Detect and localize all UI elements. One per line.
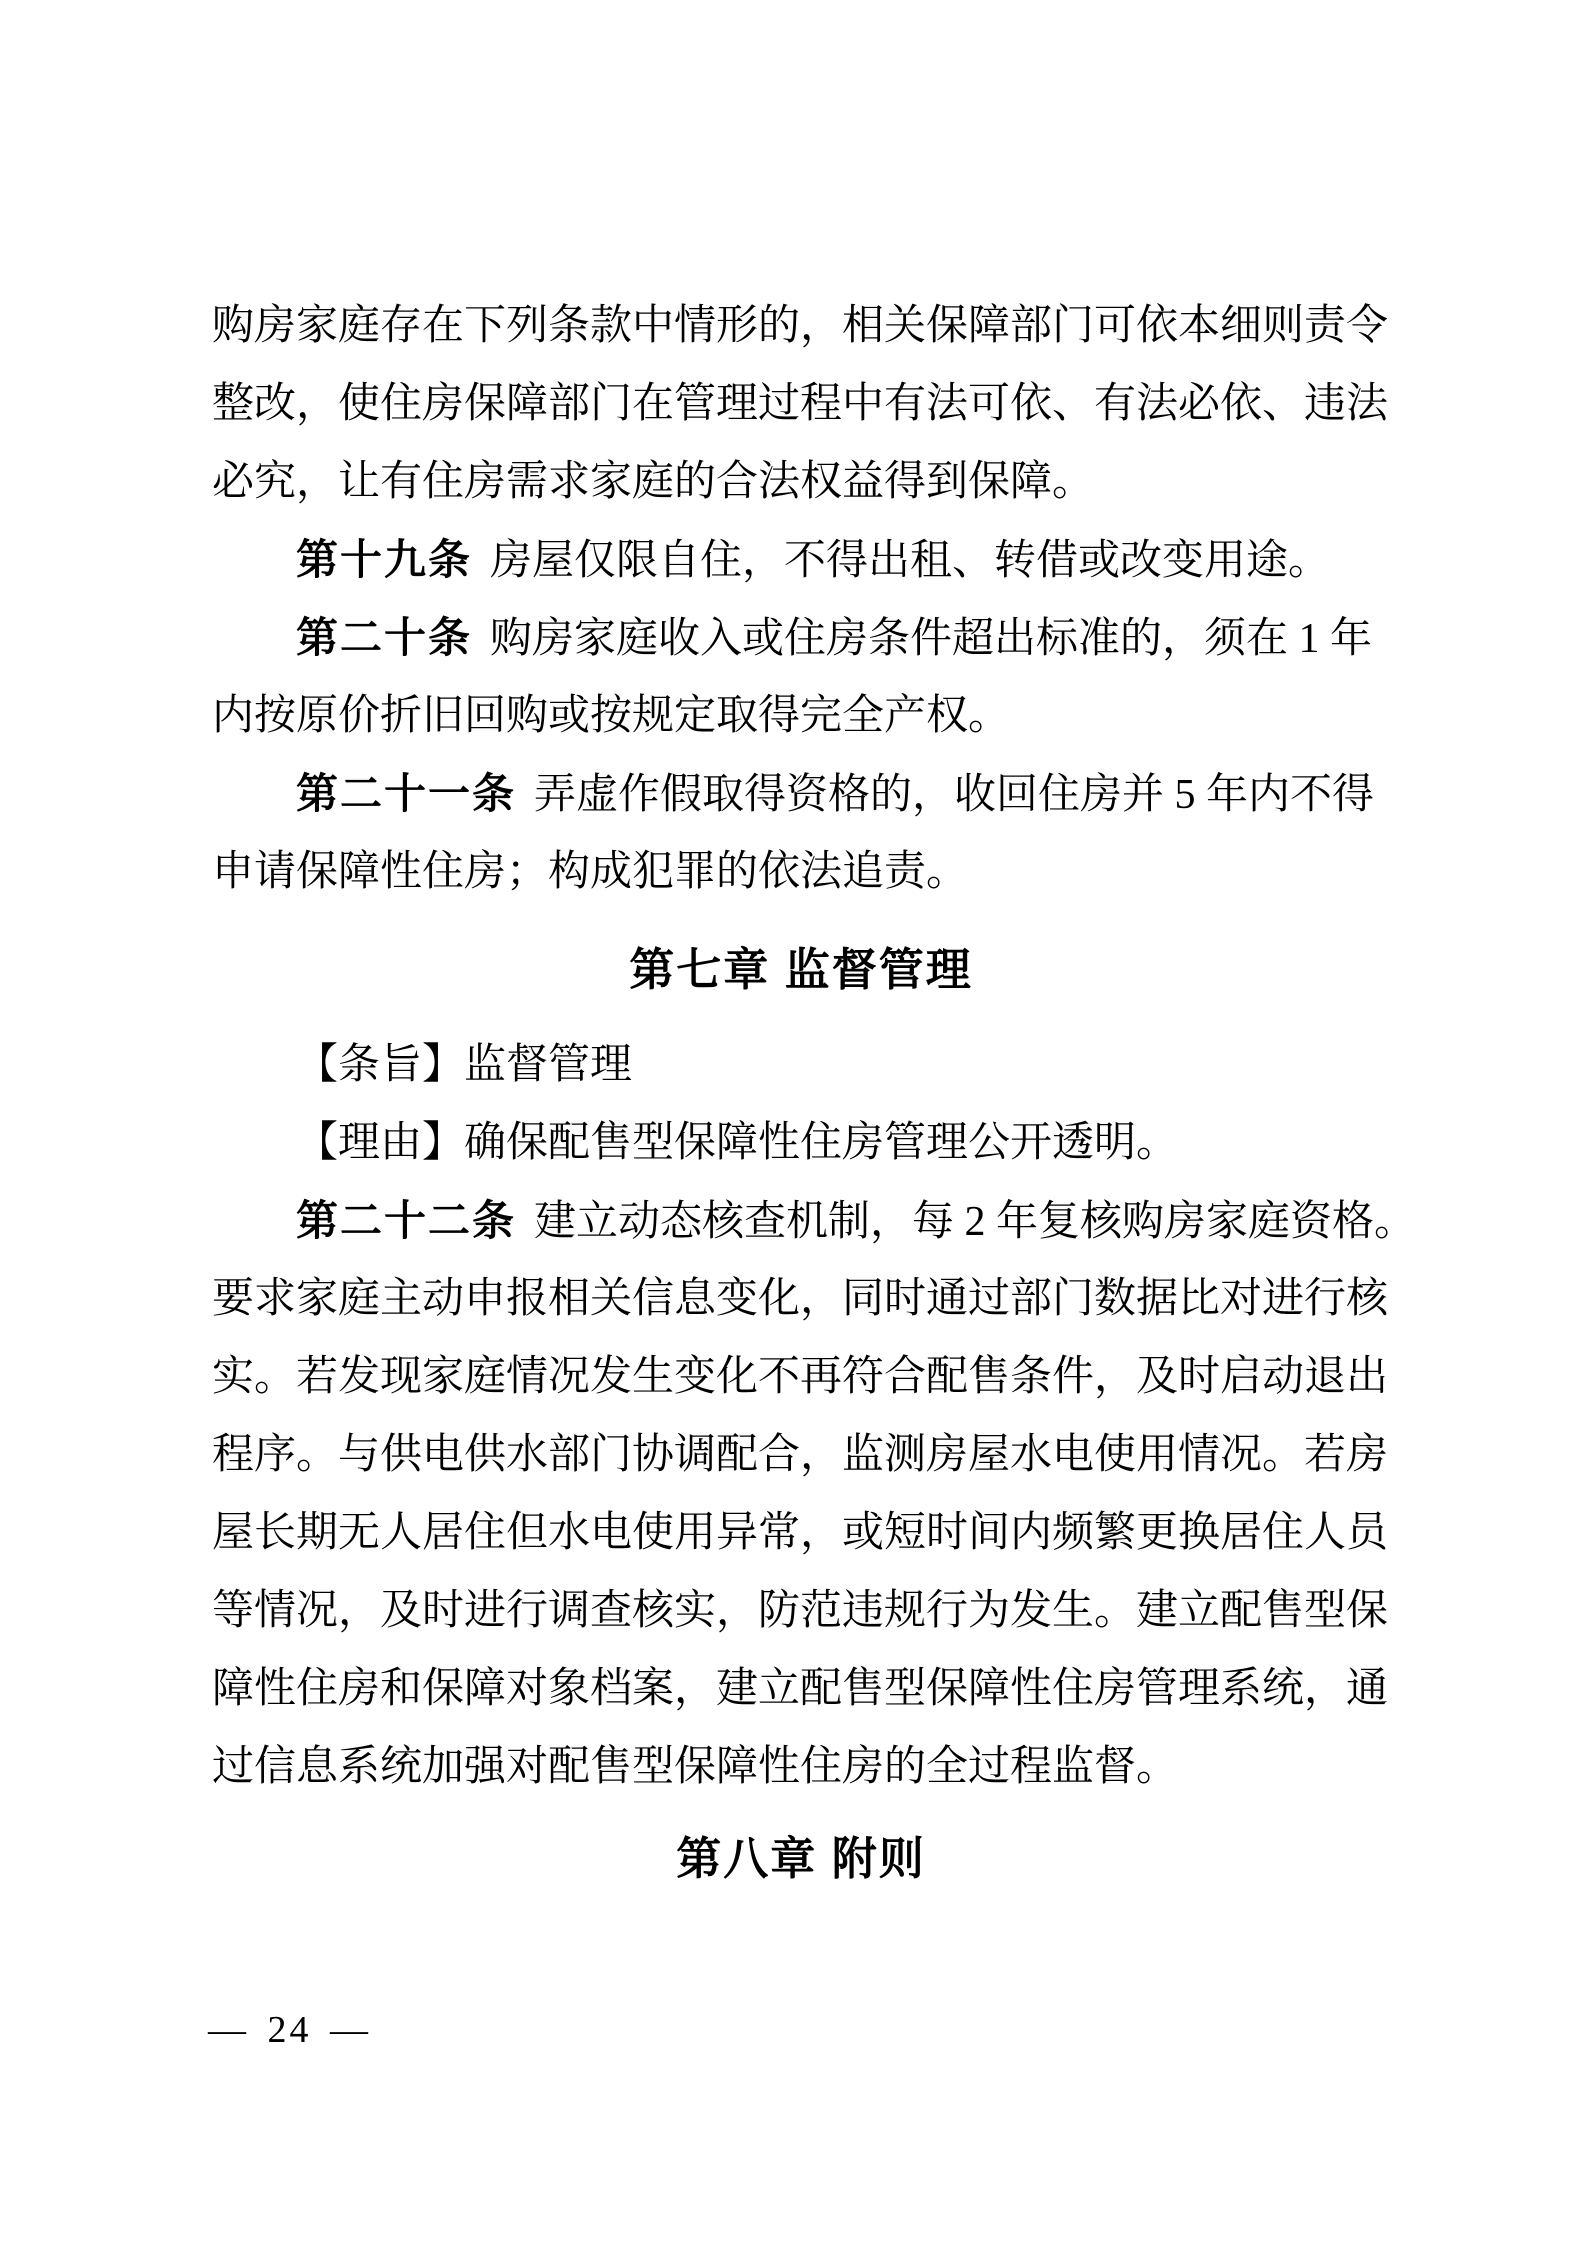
body-line-continuation-1: 购房家庭存在下列条款中情形的，相关保障部门可依本细则责令 <box>212 287 1390 365</box>
document-page: 购房家庭存在下列条款中情形的，相关保障部门可依本细则责令 整改，使住房保障部门在… <box>0 0 1587 2245</box>
document-body: 购房家庭存在下列条款中情形的，相关保障部门可依本细则责令 整改，使住房保障部门在… <box>212 287 1390 1898</box>
article-22-line-2: 要求家庭主动申报相关信息变化，同时通过部门数据比对进行核 <box>212 1260 1390 1338</box>
article-22-line-4: 程序。与供电供水部门协调配合，监测房屋水电使用情况。若房 <box>212 1416 1390 1494</box>
article-21-line-1: 第二十一条弄虚作假取得资格的，收回住房并 5 年内不得 <box>212 755 1390 833</box>
article-20-line-1: 第二十条购房家庭收入或住房条件超出标准的，须在 1 年 <box>212 599 1390 677</box>
article-19-line: 第十九条房屋仅限自住，不得出租、转借或改变用途。 <box>212 521 1390 599</box>
article-21-text-1: 弄虚作假取得资格的，收回住房并 5 年内不得 <box>534 772 1374 818</box>
article-22-line-7: 障性住房和保障对象档案，建立配售型保障性住房管理系统，通 <box>212 1650 1390 1728</box>
article-21-line-2: 申请保障性住房；构成犯罪的依法追责。 <box>212 833 1390 911</box>
article-22-line-8: 过信息系统加强对配售型保障性住房的全过程监督。 <box>212 1728 1390 1806</box>
article-22-line-3: 实。若发现家庭情况发生变化不再符合配售条件，及时启动退出 <box>212 1338 1390 1416</box>
body-line-continuation-2: 整改，使住房保障部门在管理过程中有法可依、有法必依、违法 <box>212 365 1390 443</box>
page-number: — 24 — <box>208 2008 371 2052</box>
chapter-7-heading: 第七章 监督管理 <box>212 931 1390 1009</box>
chapter-8-heading: 第八章 附则 <box>212 1820 1390 1898</box>
clause-gist-line: 【条旨】监督管理 <box>212 1026 1390 1104</box>
article-22-text-1: 建立动态核查机制，每 2 年复核购房家庭资格。 <box>534 1199 1416 1245</box>
article-21-number: 第二十一条 <box>296 770 516 817</box>
body-line-continuation-3: 必究，让有住房需求家庭的合法权益得到保障。 <box>212 443 1390 521</box>
article-20-number: 第二十条 <box>296 614 472 661</box>
article-22-line-1: 第二十二条建立动态核查机制，每 2 年复核购房家庭资格。 <box>212 1182 1390 1260</box>
article-19-number: 第十九条 <box>296 536 472 583</box>
article-20-line-2: 内按原价折旧回购或按规定取得完全产权。 <box>212 677 1390 755</box>
article-19-text: 房屋仅限自住，不得出租、转借或改变用途。 <box>490 538 1330 584</box>
article-22-line-6: 等情况，及时进行调查核实，防范违规行为发生。建立配售型保 <box>212 1572 1390 1650</box>
clause-reason-line: 【理由】确保配售型保障性住房管理公开透明。 <box>212 1104 1390 1182</box>
article-20-text-1: 购房家庭收入或住房条件超出标准的，须在 1 年 <box>490 616 1372 662</box>
article-22-line-5: 屋长期无人居住但水电使用异常，或短时间内频繁更换居住人员 <box>212 1494 1390 1572</box>
article-22-number: 第二十二条 <box>296 1197 516 1244</box>
